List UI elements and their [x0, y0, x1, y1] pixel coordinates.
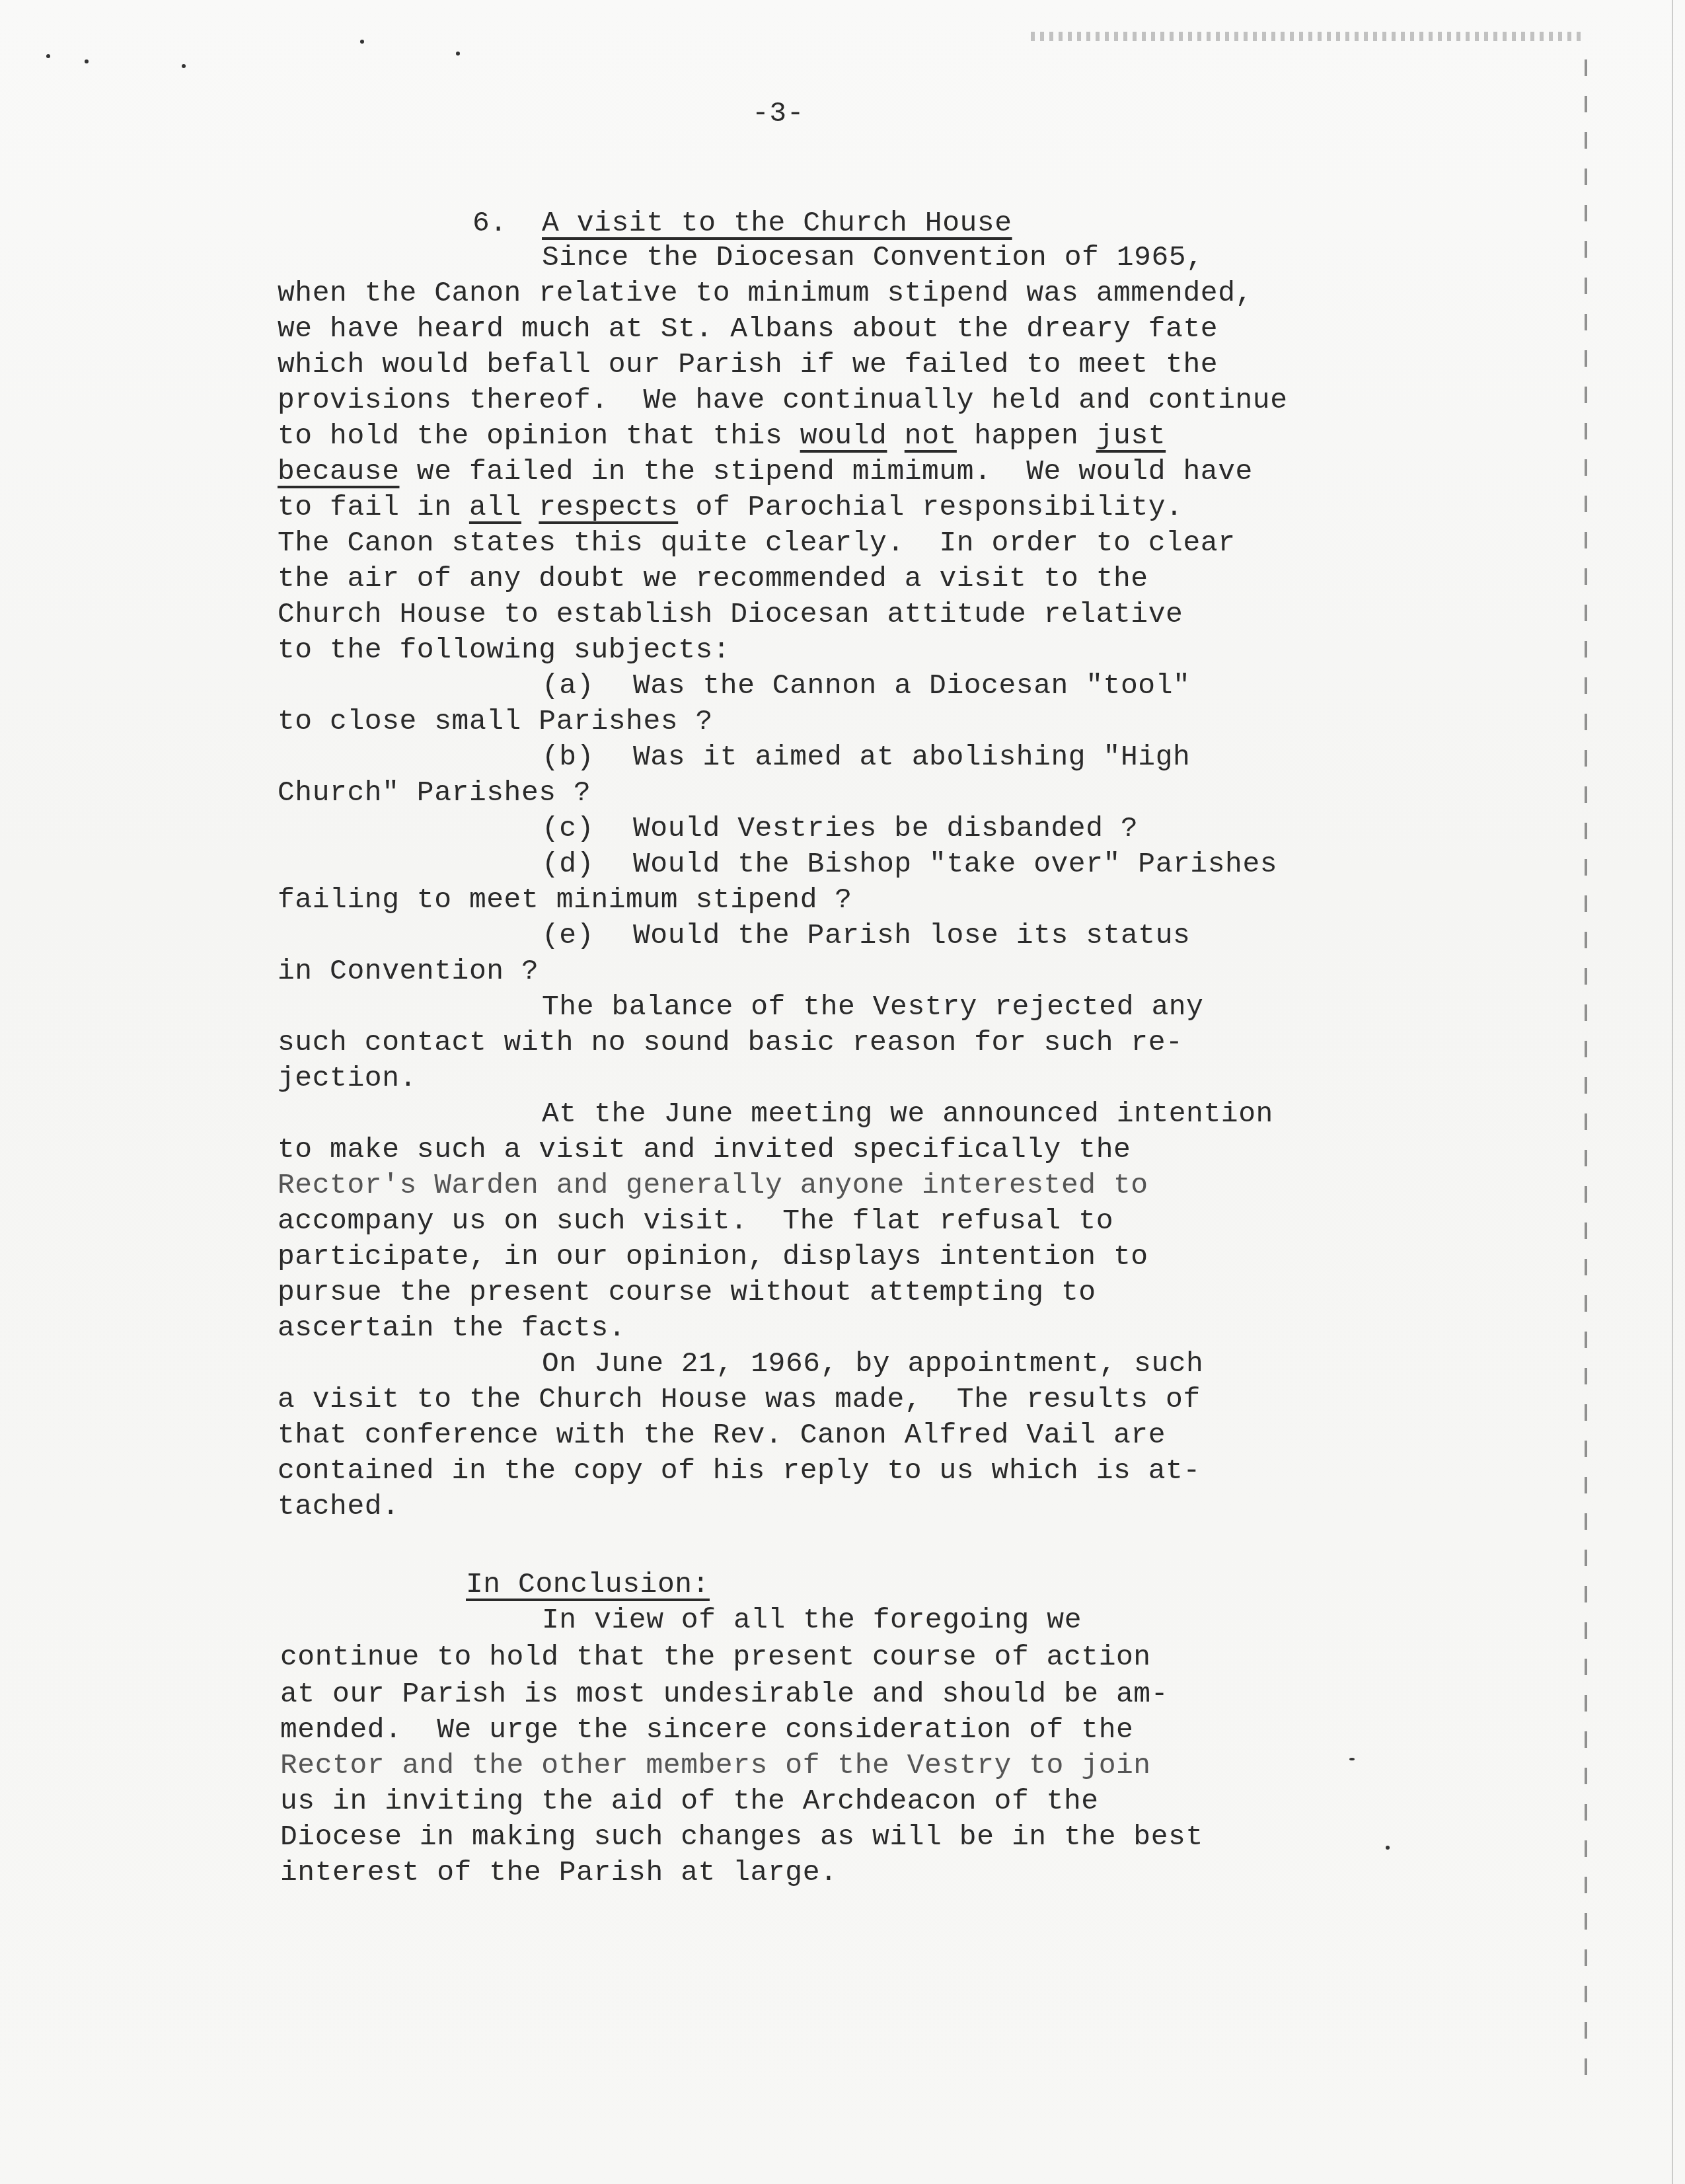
paragraph-line: contained in the copy of his reply to us… [278, 1456, 1201, 1485]
document-page: -3- 6. A visit to the Church House Since… [0, 0, 1685, 2184]
question-label: (b) [542, 743, 594, 771]
paragraph-line: at our Parish is most undesirable and sh… [280, 1680, 1168, 1708]
paragraph-line: In view of all the foregoing we [542, 1606, 1082, 1634]
speck [456, 52, 460, 56]
question-text: Would the Bishop "take over" Parishes [633, 850, 1277, 878]
underlined-word: just [1096, 420, 1166, 452]
paragraph-line: accompany us on such visit. The flat ref… [278, 1207, 1113, 1235]
question-label: (c) [542, 814, 594, 843]
text-run [521, 491, 539, 523]
text-run: to hold the opinion that this [278, 420, 800, 452]
paragraph-line: to make such a visit and invited specifi… [278, 1135, 1131, 1164]
speck [46, 54, 50, 58]
paragraph-line: participate, in our opinion, displays in… [278, 1242, 1148, 1271]
paragraph-line: that conference with the Rev. Canon Alfr… [278, 1421, 1166, 1449]
underlined-word: would [800, 420, 887, 452]
text-run: happen [957, 420, 1096, 452]
question-text: Would Vestries be disbanded ? [633, 814, 1138, 843]
conclusion-heading: In Conclusion: [466, 1570, 710, 1599]
paragraph-line: The balance of the Vestry rejected any [542, 993, 1203, 1021]
scan-artifact [1031, 32, 1586, 41]
paragraph-line: provisions thereof. We have continually … [278, 386, 1288, 414]
paragraph-line: Diocese in making such changes as will b… [280, 1823, 1203, 1851]
speck [182, 64, 186, 68]
paragraph-line: when the Canon relative to minimum stipe… [278, 279, 1253, 307]
question-label: (a) [542, 671, 594, 700]
question-label: (e) [542, 921, 594, 950]
paragraph-line: At the June meeting we announced intenti… [542, 1100, 1273, 1128]
paragraph-line: jection. [278, 1064, 417, 1092]
paragraph-line: tached. [278, 1492, 399, 1521]
speck [85, 59, 89, 63]
paragraph-line: mended. We urge the sincere consideratio… [280, 1715, 1133, 1744]
paragraph-line: Rector's Warden and generally anyone int… [278, 1171, 1148, 1199]
question-continuation: Church" Parishes ? [278, 778, 591, 807]
paragraph-line: pursue the present course without attemp… [278, 1278, 1096, 1306]
paragraph-line: such contact with no sound basic reason … [278, 1028, 1183, 1057]
paragraph-line: the air of any doubt we recommended a vi… [278, 564, 1148, 593]
paragraph-line: The Canon states this quite clearly. In … [278, 529, 1235, 557]
underlined-word: not [905, 420, 957, 452]
question-text: Would the Parish lose its status [633, 921, 1190, 950]
question-continuation: to close small Parishes ? [278, 707, 713, 735]
section-heading: A visit to the Church House [542, 209, 1012, 237]
paragraph-line: to fail in all respects of Parochial res… [278, 493, 1183, 521]
speck [1386, 1846, 1390, 1850]
paragraph-line: us in inviting the aid of the Archdeacon… [280, 1787, 1099, 1815]
paragraph-line: On June 21, 1966, by appointment, such [542, 1349, 1203, 1378]
text-run [887, 420, 904, 452]
speck [1349, 1758, 1355, 1760]
section-number: 6. [472, 209, 507, 237]
page-edge-shadow [1585, 40, 1587, 2088]
question-continuation: failing to meet minimum stipend ? [278, 885, 852, 914]
paragraph-line: to the following subjects: [278, 636, 730, 664]
paragraph-line: interest of the Parish at large. [280, 1858, 837, 1887]
underlined-word: all [469, 491, 521, 523]
paragraph-line: to hold the opinion that this would not … [278, 422, 1166, 450]
paragraph-line: Rector and the other members of the Vest… [280, 1751, 1151, 1780]
question-text: Was it aimed at abolishing "High [633, 743, 1190, 771]
underlined-word: because [278, 455, 399, 488]
text-run: we failed in the stipend mimimum. We wou… [399, 455, 1252, 488]
underlined-word: respects [539, 491, 678, 523]
paragraph-line: a visit to the Church House was made, Th… [278, 1385, 1201, 1413]
paragraph-line: Church House to establish Diocesan attit… [278, 600, 1183, 628]
question-continuation: in Convention ? [278, 957, 539, 985]
paragraph-line: continue to hold that the present course… [280, 1643, 1151, 1671]
question-label: (d) [542, 850, 594, 878]
text-run: of Parochial responsibility. [678, 491, 1183, 523]
paragraph-line: which would befall our Parish if we fail… [278, 350, 1218, 379]
text-run: to fail in [278, 491, 469, 523]
page-number: -3- [752, 99, 804, 128]
paragraph-line: ascertain the facts. [278, 1314, 626, 1342]
paragraph-line: we have heard much at St. Albans about t… [278, 315, 1218, 343]
page-edge [1672, 0, 1673, 2184]
paragraph-line: Since the Diocesan Convention of 1965, [542, 243, 1203, 272]
question-text: Was the Cannon a Diocesan "tool" [633, 671, 1190, 700]
speck [360, 40, 364, 44]
paragraph-line: because we failed in the stipend mimimum… [278, 457, 1253, 486]
